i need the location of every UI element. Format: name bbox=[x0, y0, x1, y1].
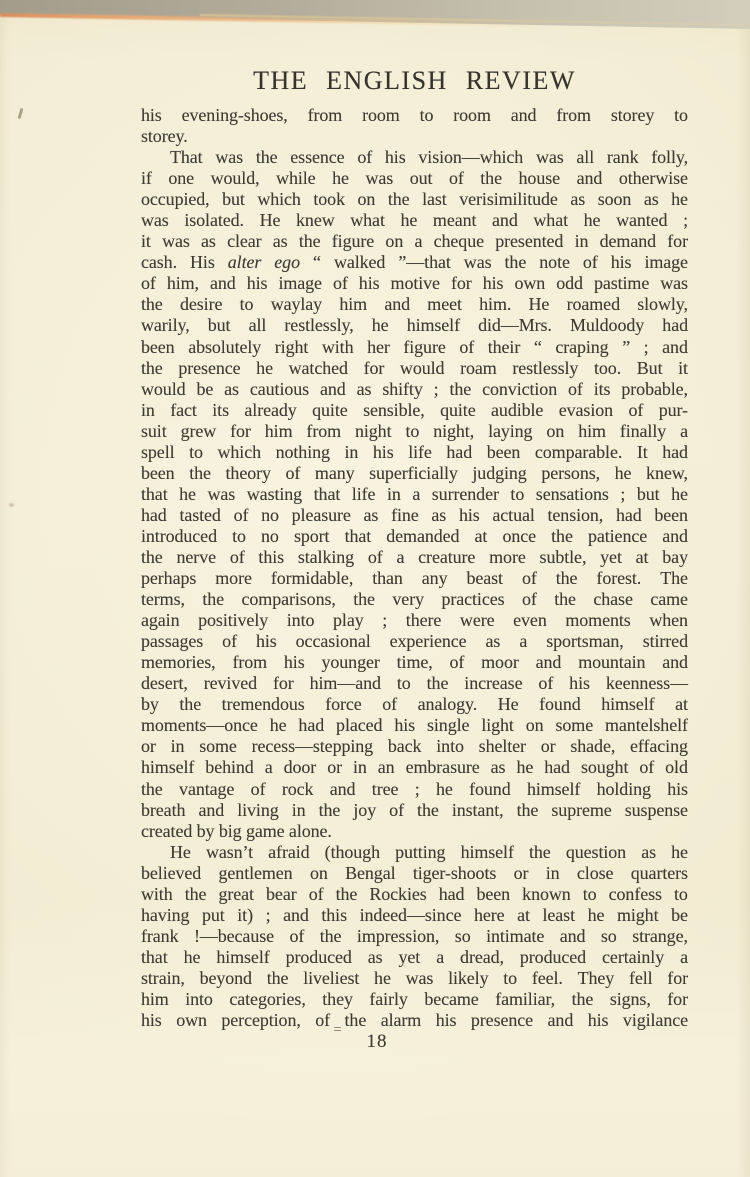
text-line: ofhim,andhisimageofhismotiveforhisownodd… bbox=[141, 273, 688, 294]
text-line: withthegreatbearoftheRockieshadbeenknown… bbox=[141, 884, 688, 905]
text-line: cash.Hisalterego“walked”—thatwasthenoteo… bbox=[141, 252, 688, 273]
scan-speck-dot bbox=[9, 503, 14, 507]
text-line: thevantageofrockandtree;hefoundhimselfho… bbox=[141, 779, 688, 800]
text-line: beenthetheoryofmanysuperficiallyjudgingp… bbox=[141, 463, 688, 484]
text-line: againpositivelyintoplay;therewereevenmom… bbox=[141, 610, 688, 631]
text-line: moments—oncehehadplacedhissinglelightons… bbox=[141, 715, 688, 736]
text-line: suitgrewforhimfromnighttonight,layingonh… bbox=[141, 421, 688, 442]
text-line: wouldbeascautiousandasshifty;theconvicti… bbox=[141, 379, 688, 400]
text-line: beenabsolutelyrightwithherfigureoftheir“… bbox=[141, 337, 688, 358]
text-line: strain,beyondtheliveliesthewaslikelytofe… bbox=[141, 968, 688, 989]
text-line: orinsomerecess—steppingbackintoshelteror… bbox=[141, 736, 688, 757]
text-line: warily,butallrestlessly,hehimselfdid—Mrs… bbox=[141, 315, 688, 336]
page-number: 18 bbox=[2, 1031, 750, 1053]
text-line: Hewasn’tafraid(thoughputtinghimselfthequ… bbox=[141, 842, 688, 863]
scanned-book-page: { "header": { "title": "THE ENGLISH REVI… bbox=[0, 0, 750, 1177]
body-text: hisevening-shoes,fromroomtoroomandfromst… bbox=[141, 105, 688, 1031]
text-line: himintocategories,theyfairlybecamefamili… bbox=[141, 989, 688, 1010]
text-line: thathehimselfproducedasyetadread,produce… bbox=[141, 947, 688, 968]
text-line: perhapsmoreformidable,thananybeastofthef… bbox=[141, 568, 688, 589]
text-line: frank!—becauseoftheimpression,sointimate… bbox=[141, 926, 688, 947]
text-line: spelltowhichnothinginhislifehadbeencompa… bbox=[141, 442, 688, 463]
text-line: occupied,butwhichtookonthelastverisimili… bbox=[141, 189, 688, 210]
text-line: breathandlivinginthejoyoftheinstant,thes… bbox=[141, 800, 688, 821]
text-line: wasisolated.Heknewwhathemeantandwhathewa… bbox=[141, 210, 688, 231]
text-line: thenerveofthisstalkingofacreaturemoresub… bbox=[141, 547, 688, 568]
text-line: infactitsalreadyquitesensible,quiteaudib… bbox=[141, 400, 688, 421]
text-line: thedesiretowaylayhimandmeethim.Heroameds… bbox=[141, 294, 688, 315]
text-line: Thatwastheessenceofhisvision—whichwasall… bbox=[141, 147, 688, 168]
text-line: bythetremendousforceofanalogy.Hefoundhim… bbox=[141, 694, 688, 715]
text-line: created by big game alone. bbox=[141, 821, 688, 842]
text-line: storey. bbox=[141, 126, 688, 147]
scan-speck-slash bbox=[18, 108, 24, 119]
scan-speck-underline bbox=[334, 1027, 342, 1033]
running-head-title: THE ENGLISH REVIEW bbox=[141, 66, 688, 96]
text-line: havingputit);andthisindeed—sincehereatle… bbox=[141, 905, 688, 926]
text-line: desert,revivedforhim—andtotheincreaseofh… bbox=[141, 673, 688, 694]
text-line: ifonewould,whilehewasoutofthehouseandoth… bbox=[141, 168, 688, 189]
text-line: believedgentlemenonBengaltiger-shootsori… bbox=[141, 863, 688, 884]
text-line: memories,fromhisyoungertime,ofmoorandmou… bbox=[141, 652, 688, 673]
text-line: passagesofhisoccasionalexperienceasaspor… bbox=[141, 631, 688, 652]
text-line: thepresencehewatchedforwouldroamrestless… bbox=[141, 358, 688, 379]
text-line: hisevening-shoes,fromroomtoroomandfromst… bbox=[141, 105, 688, 126]
text-line: thathewaswastingthatlifeinasurrendertose… bbox=[141, 484, 688, 505]
text-line: terms,thecomparisons,theverypracticesoft… bbox=[141, 589, 688, 610]
text-line: itwasasclearasthefigureonachequepresente… bbox=[141, 231, 688, 252]
text-line: hadtastedofnopleasureasfineashisactualte… bbox=[141, 505, 688, 526]
text-line: himselfbehindadoororinanembrasureashehad… bbox=[141, 757, 688, 778]
text-line: introducedtonosportthatdemandedatoncethe… bbox=[141, 526, 688, 547]
text-line: hisownperception,ofthealarmhispresencean… bbox=[141, 1010, 688, 1031]
